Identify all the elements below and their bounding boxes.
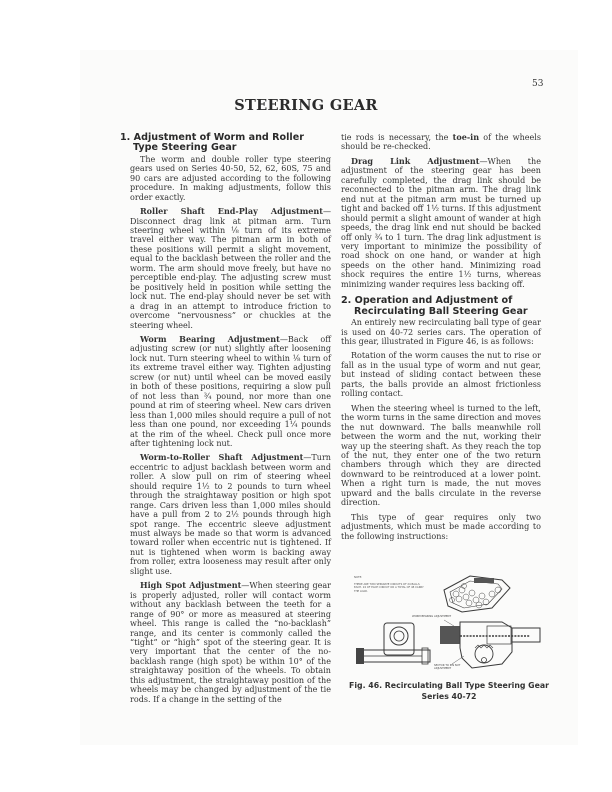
paragraph-text: —Back off adjusting screw (or nut) sligh… (130, 335, 331, 448)
runin-heading: Worm-to-Roller Shaft Adjustment (140, 452, 303, 462)
ball-circuit-diagram (444, 576, 510, 612)
runin-heading: Roller Shaft End-Play Adjustment (140, 206, 323, 216)
high-spot-paragraph: High Spot Adjustment—When steering gear … (130, 581, 331, 704)
paragraph: This type of gear requires only two adju… (341, 513, 541, 541)
intro-paragraph: The worm and double roller type steering… (130, 155, 331, 202)
paragraph-text: —When steering gear is properly adjusted… (130, 581, 331, 703)
page-number: 53 (532, 79, 543, 89)
section-heading-1: 1. Adjustment of Worm and Roller Type St… (120, 133, 331, 154)
roller-shaft-paragraph: Roller Shaft End-Play Adjustment—Disconn… (130, 207, 331, 330)
worm-to-roller-paragraph: Worm-to-Roller Shaft Adjustment—Turn ecc… (130, 453, 331, 576)
gear-housing-main (440, 622, 540, 668)
right-column: tie rods is necessary, the toe-in of the… (341, 133, 541, 546)
caption-line-2: Series 40-72 (338, 692, 560, 703)
section-heading-2: 2. Operation and Adjustment of Recircula… (341, 296, 541, 317)
paragraph-text: —When the adjustment of the steering gea… (341, 157, 541, 289)
worm-bearing-paragraph: Worm Bearing Adjustment—Back off adjusti… (130, 335, 331, 448)
paragraph: An entirely new recirculating ball type … (341, 318, 541, 346)
left-column: 1. Adjustment of Worm and Roller Type St… (130, 133, 331, 709)
paragraph-text: tie rods is necessary, the (341, 133, 453, 142)
figure-label-sector: SECTOR TO PIN NUT ADJUSTMENT (434, 664, 464, 670)
caption-line-1: Fig. 46. Recirculating Ball Type Steerin… (338, 681, 560, 692)
figure-46: NOTE: THERE ARE TWO SEPARATE CIRCUITS OF… (352, 568, 542, 678)
paragraph-text: —Turn eccentric to adjust backlash betwe… (130, 453, 331, 575)
runin-heading: Worm Bearing Adjustment (140, 334, 280, 344)
figure-label-worm-bearing: WORM BEARING ADJUSTMENT (412, 615, 451, 618)
page-title: STEERING GEAR (0, 97, 612, 114)
paragraph: When the steering wheel is turned to the… (341, 404, 541, 508)
paragraph-text: —Disconnect drag link at pitman arm. Tur… (130, 207, 331, 329)
steering-gear-illustration (352, 568, 542, 678)
figure-caption: Fig. 46. Recirculating Ball Type Steerin… (338, 681, 560, 702)
runin-heading: Drag Link Adjustment (351, 156, 480, 166)
emphasis-text: toe-in (453, 132, 479, 142)
runin-heading: High Spot Adjustment (140, 580, 241, 590)
continuation-paragraph: tie rods is necessary, the toe-in of the… (341, 133, 541, 152)
drag-link-paragraph: Drag Link Adjustment—When the adjustment… (341, 157, 541, 289)
gear-housing-left (356, 623, 430, 664)
paragraph: Rotation of the worm causes the nut to r… (341, 351, 541, 398)
